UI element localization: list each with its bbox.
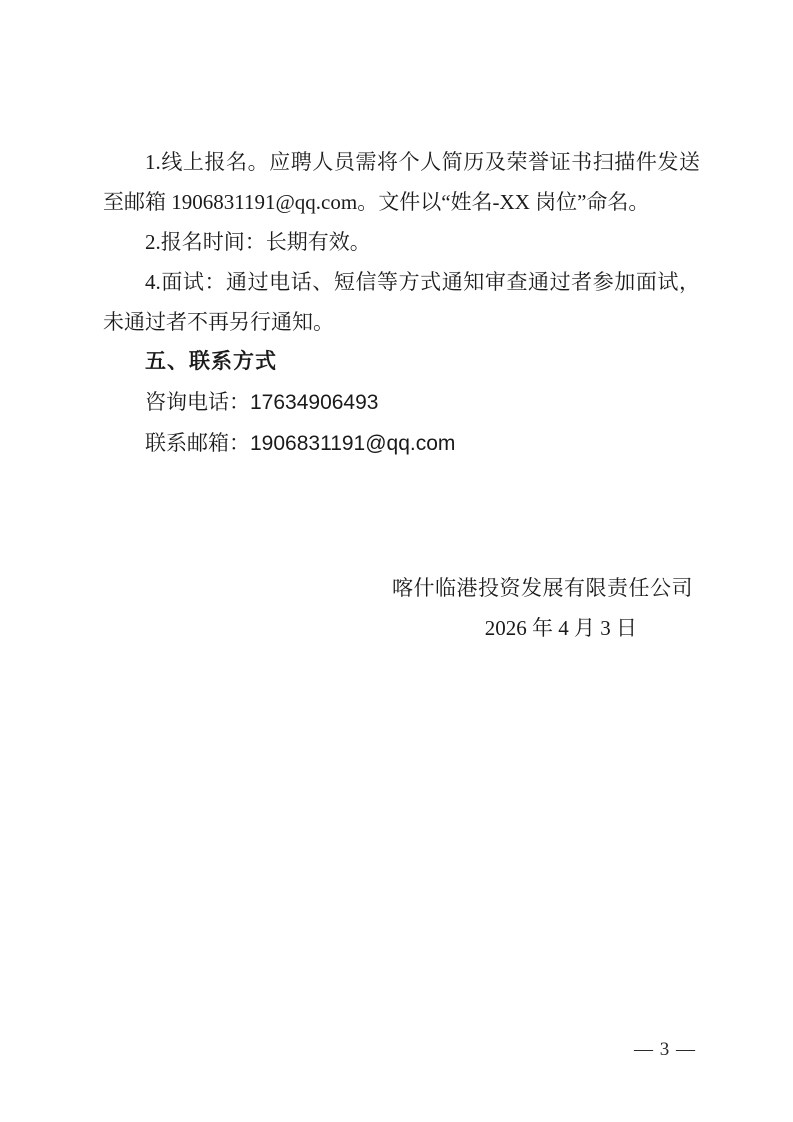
contact-phone-line: 咨询电话：17634906493 bbox=[103, 382, 700, 423]
paragraph-1-line-2: 至邮箱 1906831191@qq.com。文件以“姓名-XX 岗位”命名。 bbox=[103, 182, 700, 222]
signature-block: 喀什临港投资发展有限责任公司 2026 年 4 月 3 日 bbox=[103, 568, 700, 648]
contact-phone-value: 17634906493 bbox=[250, 391, 378, 414]
paragraph-2: 2.报名时间：长期有效。 bbox=[103, 222, 700, 262]
document-body: 1.线上报名。应聘人员需将个人简历及荣誉证书扫描件发送 至邮箱 19068311… bbox=[103, 142, 700, 648]
contact-phone-label: 咨询电话： bbox=[145, 390, 250, 414]
paragraph-3-line-1: 4.面试：通过电话、短信等方式通知审查通过者参加面试， bbox=[103, 262, 700, 302]
section-heading: 五、联系方式 bbox=[103, 342, 700, 382]
contact-email-label: 联系邮箱： bbox=[145, 431, 250, 455]
paragraph-1-line-1: 1.线上报名。应聘人员需将个人简历及荣誉证书扫描件发送 bbox=[103, 142, 700, 182]
contact-email-line: 联系邮箱：1906831191@qq.com bbox=[103, 423, 700, 464]
page-number: — 3 — bbox=[634, 1038, 696, 1062]
paragraph-3-line-2: 未通过者不再另行通知。 bbox=[103, 302, 700, 342]
document-page: 1.线上报名。应聘人员需将个人简历及荣誉证书扫描件发送 至邮箱 19068311… bbox=[0, 0, 793, 1122]
contact-email-value: 1906831191@qq.com bbox=[250, 432, 455, 455]
signature-date: 2026 年 4 月 3 日 bbox=[103, 608, 700, 648]
signature-company: 喀什临港投资发展有限责任公司 bbox=[103, 568, 700, 608]
